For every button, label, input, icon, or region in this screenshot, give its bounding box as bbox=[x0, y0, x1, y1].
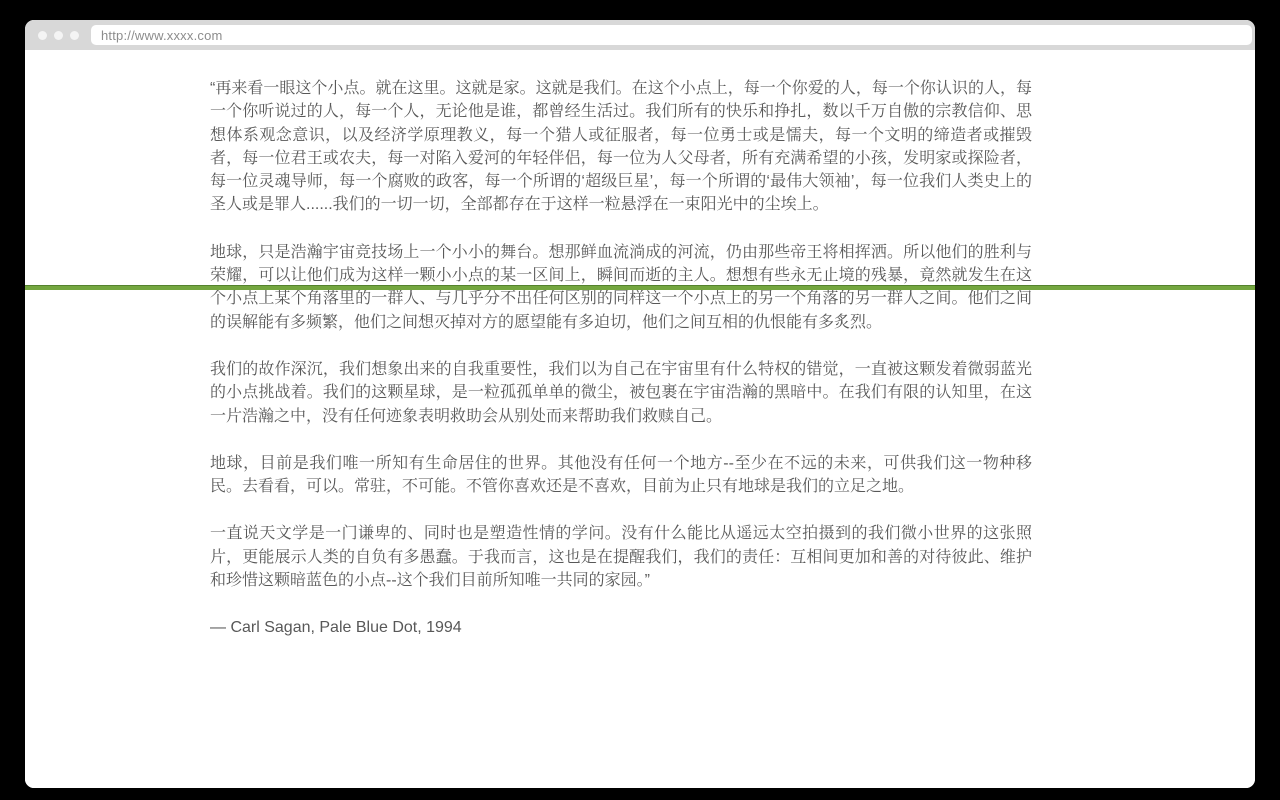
quote-paragraph: 我们的故作深沉，我们想象出来的自我重要性，我们以为自己在宇宙里有什么特权的错觉，… bbox=[210, 358, 1032, 428]
window-controls bbox=[38, 31, 79, 40]
window-control-dot-icon[interactable] bbox=[54, 31, 63, 40]
attribution-line: — Carl Sagan, Pale Blue Dot, 1994 bbox=[210, 616, 1032, 639]
window-control-dot-icon[interactable] bbox=[38, 31, 47, 40]
window-control-dot-icon[interactable] bbox=[70, 31, 79, 40]
quote-paragraph: “再来看一眼这个小点。就在这里。这就是家。这就是我们。在这个小点上，每一个你爱的… bbox=[210, 77, 1032, 217]
url-bar[interactable]: http://www.xxxx.com bbox=[91, 25, 1252, 45]
quote-paragraph: 一直说天文学是一门谦卑的、同时也是塑造性情的学问。没有什么能比从遥远太空拍摄到的… bbox=[210, 522, 1032, 592]
quote-paragraph: 地球，目前是我们唯一所知有生命居住的世界。其他没有任何一个地方--至少在不远的未… bbox=[210, 452, 1032, 499]
url-text: http://www.xxxx.com bbox=[101, 28, 223, 43]
browser-toolbar: http://www.xxxx.com bbox=[25, 20, 1255, 50]
quote-text-block: “再来看一眼这个小点。就在这里。这就是家。这就是我们。在这个小点上，每一个你爱的… bbox=[210, 77, 1032, 664]
browser-window: http://www.xxxx.com “再来看一眼这个小点。就在这里。这就是家… bbox=[25, 20, 1255, 788]
page-body: “再来看一眼这个小点。就在这里。这就是家。这就是我们。在这个小点上，每一个你爱的… bbox=[25, 50, 1255, 788]
green-divider-line bbox=[25, 285, 1255, 290]
